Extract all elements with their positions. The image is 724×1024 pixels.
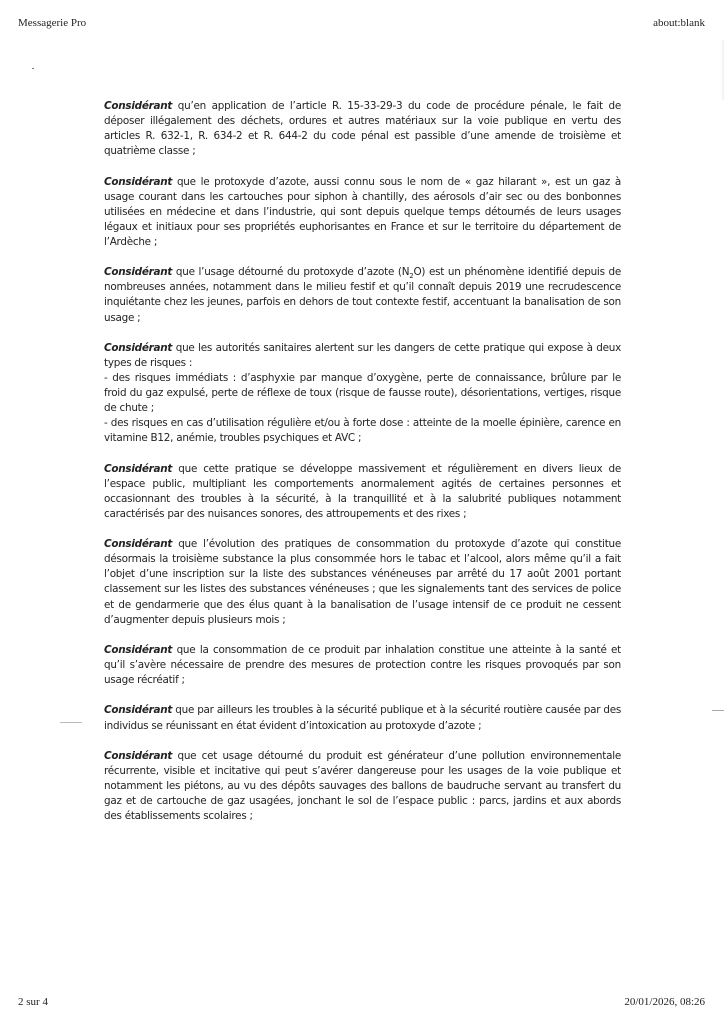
keyword: Considérant (104, 644, 172, 656)
considerant-paragraph: Considérant que l’évolution des pratique… (104, 537, 621, 628)
considerant-paragraph: Considérant que la consommation de ce pr… (104, 643, 621, 688)
considerant-paragraph: Considérant que l’usage détourné du prot… (104, 265, 621, 325)
margin-mark (712, 710, 724, 711)
scan-speck (32, 68, 34, 69)
keyword: Considérant (104, 750, 172, 762)
considerant-paragraph: Considérant que cet usage détourné du pr… (104, 749, 621, 824)
keyword: Considérant (104, 463, 172, 475)
paragraph-text: que la consommation de ce produit par in… (104, 644, 621, 686)
paragraph-text: que l’évolution des pratiques de consomm… (104, 538, 621, 625)
keyword: Considérant (104, 100, 172, 112)
considerant-paragraph: Considérant que par ailleurs les trouble… (104, 703, 621, 733)
paragraph-text: que cette pratique se développe massivem… (104, 463, 621, 520)
keyword: Considérant (104, 266, 172, 278)
document-body: Considérant qu’en application de l’artic… (104, 99, 621, 839)
keyword: Considérant (104, 176, 172, 188)
app-title: Messagerie Pro (18, 17, 86, 29)
risk-list-item: - des risques en cas d’utilisation régul… (104, 416, 621, 446)
paragraph-text: que les autorités sanitaires alertent su… (104, 342, 621, 369)
page-indicator: 2 sur 4 (18, 996, 48, 1008)
considerant-paragraph: Considérant que le protoxyde d’azote, au… (104, 175, 621, 250)
paragraph-text: que l’usage détourné du protoxyde d’azot… (172, 266, 409, 278)
considerant-paragraph: Considérant que cette pratique se dévelo… (104, 462, 621, 522)
risk-list-item: - des risques immédiats : d’asphyxie par… (104, 371, 621, 416)
margin-mark (60, 722, 82, 723)
paragraph-text: que par ailleurs les troubles à la sécur… (104, 704, 621, 731)
paragraph-text: qu’en application de l’article R. 15-33-… (104, 100, 621, 157)
keyword: Considérant (104, 538, 172, 550)
page-url: about:blank (653, 17, 705, 29)
paragraph-text: que le protoxyde d’azote, aussi connu so… (104, 176, 621, 248)
keyword: Considérant (104, 342, 172, 354)
considerant-paragraph: Considérant qu’en application de l’artic… (104, 99, 621, 159)
considerant-paragraph: Considérant que les autorités sanitaires… (104, 341, 621, 447)
print-datetime: 20/01/2026, 08:26 (624, 996, 705, 1008)
keyword: Considérant (104, 704, 172, 716)
paragraph-text: que cet usage détourné du produit est gé… (104, 750, 621, 822)
